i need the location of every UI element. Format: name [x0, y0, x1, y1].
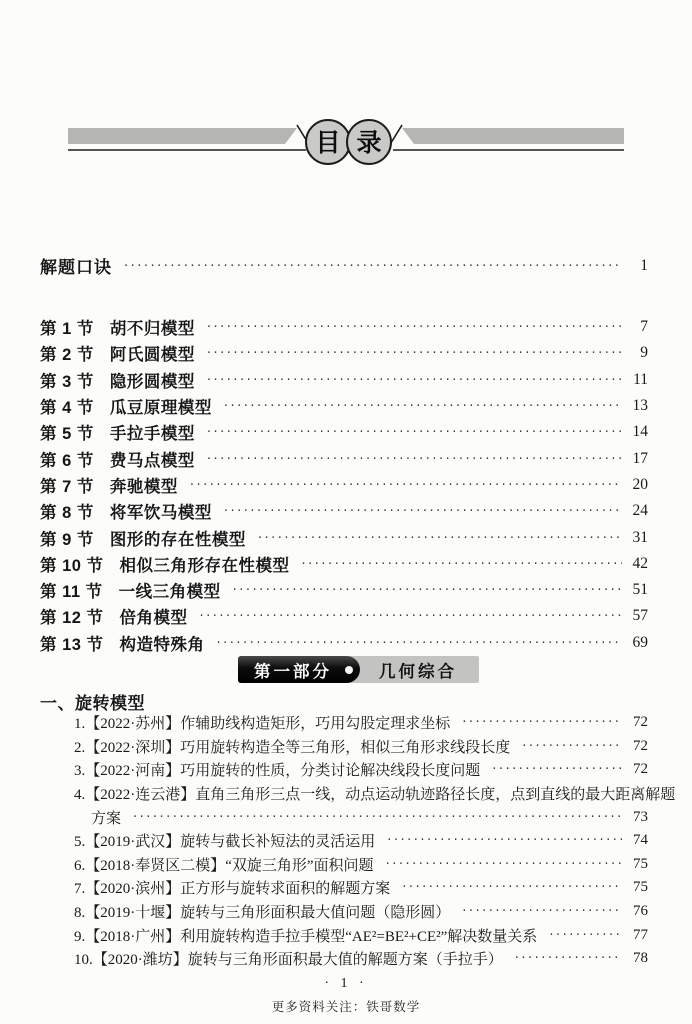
- header-bar-right: [402, 128, 624, 144]
- problem-row: 7.【2020·滨州】正方形与旋转求面积的解题方案 75: [74, 876, 648, 900]
- toc-section-row: 第 7 节 奔驰模型 20: [40, 472, 648, 498]
- problem-row: 9.【2018·广州】利用旋转构造手拉手模型“AE²=BE²+CE²”解决数量关…: [74, 923, 648, 947]
- section-number: 第 4 节: [40, 394, 94, 418]
- problem-page-number: 77: [630, 927, 648, 944]
- entry-label: 解题口诀: [40, 253, 112, 278]
- problem-page-number: 74: [630, 832, 648, 849]
- section-page-number: 13: [630, 397, 648, 415]
- dot-leader: [492, 761, 622, 778]
- dot-leader: [549, 927, 622, 944]
- dot-leader: [462, 903, 622, 920]
- section-title: 瓜豆原理模型: [110, 394, 212, 418]
- problem-page-number: 72: [630, 761, 648, 778]
- dot-leader: [207, 371, 622, 389]
- section-number: 第 13 节: [40, 631, 104, 655]
- header-ornament: 目 录: [0, 112, 692, 176]
- problem-page-number: 72: [630, 738, 648, 755]
- dot-leader: [522, 738, 622, 755]
- dot-leader: [190, 476, 622, 494]
- problem-row: 10.【2020·潍坊】旋转与三角形面积最大值的解题方案（手拉手） 78: [74, 947, 648, 971]
- section-title: 相似三角形存在性模型: [120, 552, 290, 576]
- section-number: 第 9 节: [40, 526, 94, 550]
- dot-leader: [258, 529, 622, 547]
- dot-leader: [124, 257, 622, 275]
- dot-leader: [224, 502, 622, 520]
- section-title: 阿氏圆模型: [110, 341, 195, 365]
- section-title: 图形的存在性模型: [110, 526, 246, 550]
- section-page-number: 51: [630, 581, 648, 599]
- dot-leader: [402, 879, 622, 896]
- toc-section-row: 第 13 节 构造特殊角 69: [40, 630, 648, 656]
- section-title: 手拉手模型: [110, 420, 195, 444]
- section-number: 第 7 节: [40, 473, 94, 497]
- toc-section-row: 第 2 节 阿氏圆模型 9: [40, 340, 648, 366]
- toc-section-row: 第 4 节 瓜豆原理模型 13: [40, 393, 648, 419]
- banner-dot-icon: [345, 666, 353, 674]
- section-number: 第 6 节: [40, 447, 94, 471]
- dot-leader: [386, 856, 622, 873]
- section-title: 胡不归模型: [110, 315, 195, 339]
- dot-leader: [462, 714, 622, 731]
- toc-section-row: 第 5 节 手拉手模型 14: [40, 419, 648, 445]
- section-title: 将军饮马模型: [110, 499, 212, 523]
- toc-section-row: 第 8 节 将军饮马模型 24: [40, 498, 648, 524]
- dot-leader: [224, 397, 622, 415]
- part-topic-text: 几何综合: [379, 658, 457, 682]
- section-page-number: 9: [630, 344, 648, 362]
- problem-list: 1.【2022·苏州】作辅助线构造矩形，巧用勾股定理求坐标 72 2.【2022…: [74, 711, 648, 971]
- header-bar-left: [68, 128, 297, 144]
- toc-section-row: 第 3 节 隐形圆模型 11: [40, 367, 648, 393]
- problem-text: 8.【2019·十堰】旋转与三角形面积最大值问题（隐形圆）: [74, 901, 450, 922]
- toc-section-row: 第 10 节 相似三角形存在性模型 42: [40, 551, 648, 577]
- section-page-number: 17: [630, 450, 648, 468]
- problem-row-wrapped-line2: 方案 73: [74, 805, 648, 829]
- part-banner-label: 第一部分: [238, 656, 360, 683]
- dot-leader: [207, 423, 622, 441]
- section-title: 一线三角模型: [119, 578, 221, 602]
- section-page-number: 42: [630, 555, 648, 573]
- problem-page-number: 72: [630, 714, 648, 731]
- toc-char-left: 目: [315, 129, 340, 157]
- section-title: 奔驰模型: [110, 473, 178, 497]
- problem-text: 9.【2018·广州】利用旋转构造手拉手模型“AE²=BE²+CE²”解决数量关…: [74, 925, 537, 946]
- toc-section-row: 第 9 节 图形的存在性模型 31: [40, 524, 648, 550]
- toc-section-row: 第 6 节 费马点模型 17: [40, 445, 648, 471]
- problem-row: 6.【2018·奉贤区二模】“双旋三角形”面积问题 75: [74, 853, 648, 877]
- section-page-number: 14: [630, 423, 648, 441]
- problem-text: 6.【2018·奉贤区二模】“双旋三角形”面积问题: [74, 854, 374, 875]
- section-number: 第 5 节: [40, 420, 94, 444]
- problem-text: 2.【2022·深圳】巧用旋转构造全等三角形，相似三角形求线段长度: [74, 736, 510, 757]
- section-number: 第 10 节: [40, 552, 104, 576]
- section-page-number: 57: [630, 607, 648, 625]
- section-title: 费马点模型: [110, 447, 195, 471]
- problem-page-number: 78: [630, 950, 648, 967]
- footer-page-number: · 1 ·: [0, 976, 692, 992]
- problem-text: 3.【2022·河南】巧用旋转的性质，分类讨论解决线段长度问题: [74, 759, 480, 780]
- dot-leader: [217, 634, 622, 652]
- section-page-number: 7: [630, 318, 648, 336]
- section-number: 第 1 节: [40, 315, 94, 339]
- section-page-number: 20: [630, 476, 648, 494]
- part-banner-topic: 几何综合: [347, 656, 479, 683]
- section-title: 倍角模型: [120, 604, 188, 628]
- dot-leader: [233, 581, 622, 599]
- section-page-number: 69: [630, 634, 648, 652]
- section-number: 第 2 节: [40, 341, 94, 365]
- problem-page-number: 73: [630, 809, 648, 826]
- section-page-number: 31: [630, 529, 648, 547]
- problem-text: 10.【2020·潍坊】旋转与三角形面积最大值的解题方案（手拉手）: [74, 948, 503, 969]
- problem-row: 8.【2019·十堰】旋转与三角形面积最大值问题（隐形圆） 76: [74, 900, 648, 924]
- part-banner: 第一部分 几何综合: [238, 656, 479, 683]
- section-number: 第 8 节: [40, 499, 94, 523]
- dot-leader: [207, 344, 622, 362]
- problem-page-number: 75: [630, 879, 648, 896]
- section-page-number: 11: [630, 371, 648, 389]
- toc-section-row: 第 12 节 倍角模型 57: [40, 603, 648, 629]
- section-number: 第 12 节: [40, 604, 104, 628]
- problem-row: 5.【2019·武汉】旋转与截长补短法的灵活运用 74: [74, 829, 648, 853]
- section-page-number: 24: [630, 502, 648, 520]
- dot-leader: [515, 950, 622, 967]
- section-title: 隐形圆模型: [110, 368, 195, 392]
- toc-entry-jietikoujue: 解题口诀 1: [40, 253, 648, 278]
- section-number: 第 3 节: [40, 368, 94, 392]
- problem-page-number: 75: [630, 856, 648, 873]
- section-list: 第 1 节 胡不归模型 7 第 2 节 阿氏圆模型 9 第 3 节 隐形圆模型 …: [40, 314, 648, 656]
- dot-leader: [207, 450, 622, 468]
- problem-page-number: 76: [630, 903, 648, 920]
- toc-section-row: 第 1 节 胡不归模型 7: [40, 314, 648, 340]
- footer-note: 更多资料关注：铁哥数学: [0, 997, 692, 1015]
- problem-text: 1.【2022·苏州】作辅助线构造矩形，巧用勾股定理求坐标: [74, 712, 450, 733]
- problem-row-wrapped-line1: 4.【2022·连云港】直角三角形三点一线，动点运动轨迹路径长度，点到直线的最大…: [74, 782, 648, 806]
- dot-leader: [207, 318, 622, 336]
- problem-row: 3.【2022·河南】巧用旋转的性质，分类讨论解决线段长度问题 72: [74, 758, 648, 782]
- problem-text-continued: 方案: [91, 807, 121, 828]
- section-number: 第 11 节: [40, 578, 103, 602]
- dot-leader: [302, 555, 622, 573]
- entry-page-number: 1: [630, 257, 648, 275]
- problem-text: 7.【2020·滨州】正方形与旋转求面积的解题方案: [74, 877, 390, 898]
- toc-section-row: 第 11 节 一线三角模型 51: [40, 577, 648, 603]
- dot-leader: [387, 832, 622, 849]
- problem-row: 2.【2022·深圳】巧用旋转构造全等三角形，相似三角形求线段长度 72: [74, 735, 648, 759]
- problem-row: 1.【2022·苏州】作辅助线构造矩形，巧用勾股定理求坐标 72: [74, 711, 648, 735]
- section-title: 构造特殊角: [120, 631, 205, 655]
- dot-leader: [133, 809, 622, 826]
- toc-page: 目 录 解题口诀 1 第 1 节 胡不归模型 7 第 2 节 阿氏圆模型 9 第…: [0, 0, 692, 1024]
- toc-char-right: 录: [356, 129, 381, 157]
- problem-text: 4.【2022·连云港】直角三角形三点一线，动点运动轨迹路径长度，点到直线的最大…: [74, 783, 675, 804]
- part-banner-text: 第一部分: [254, 658, 332, 682]
- problem-text: 5.【2019·武汉】旋转与截长补短法的灵活运用: [74, 830, 375, 851]
- dot-leader: [200, 607, 622, 625]
